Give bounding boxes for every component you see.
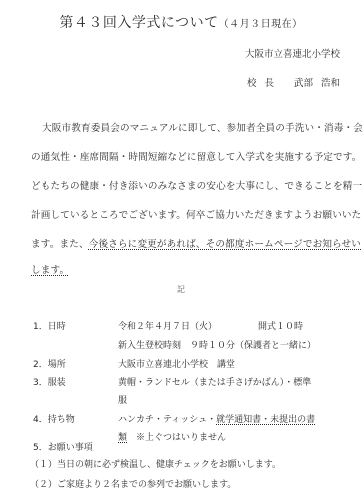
- item-3-number: 3．: [33, 378, 48, 388]
- item-5-heading: 5．お願い事項: [33, 440, 93, 453]
- ki-marker: 記: [0, 284, 362, 295]
- item-3-label: 服装: [48, 378, 66, 388]
- principal-family-name: 武部: [294, 78, 313, 89]
- body-line-5: ます。また、今後さらに変更があれば、その都度ホームページでお知らせいた: [31, 236, 336, 250]
- body-line-2: の通気性・座席間隔・時間短縮などに留意して入学式を実施する予定です。子: [31, 149, 336, 163]
- item-3-attire-line-1: 黄帽・ランドセル（または手さげかばん）・標準: [118, 375, 311, 388]
- item-1-heading: 1．日時: [33, 319, 66, 332]
- item-4-line-2-plain: ※上ぐつはいりません: [127, 433, 226, 443]
- body-line-5-plain: ます。また、: [31, 239, 89, 250]
- item-2-number: 2．: [33, 360, 48, 370]
- title-main: 第４３回入学式について: [59, 15, 218, 31]
- title-date-note: （４月３日現在）: [219, 19, 303, 30]
- item-1-ceremony-start: 開式１０時: [258, 319, 303, 332]
- item-2-label: 場所: [48, 360, 66, 370]
- item-3-attire-line-2: 服: [118, 393, 127, 406]
- item-1-number: 1．: [33, 322, 48, 332]
- item-5-number: 5．: [33, 443, 48, 453]
- request-2: （２）ご家庭より２名までの参列でお願いします。: [30, 477, 236, 490]
- body-line-5-underlined: 今後さらに変更があれば、その都度ホームページでお知らせいた: [89, 239, 362, 250]
- item-2-heading: 2．場所: [33, 357, 66, 370]
- body-line-6: します。: [31, 262, 336, 276]
- body-line-4: 計画しているところでございます。何卒ご協力いただきますようお願いいたし: [31, 207, 336, 221]
- body-line-1: 大阪市教育委員会のマニュアルに即して、参加者全員の手洗い・消毒・会場: [42, 120, 347, 134]
- item-4-line-1-plain: ハンカチ・ティッシュ・: [118, 415, 216, 425]
- item-4-line-1-underlined: 就学通知書・未提出の書: [216, 415, 315, 425]
- body-line-6-underlined: します。: [31, 265, 69, 276]
- request-1: （１）当日の朝に必ず検温し、健康チェックをお願いします。: [30, 457, 281, 470]
- document-title: 第４３回入学式について（４月３日現在）: [0, 12, 362, 32]
- school-name: 大阪市立喜連北小学校: [245, 46, 340, 60]
- item-4-number: 4．: [33, 415, 48, 425]
- item-4-heading: 4．持ち物: [33, 412, 75, 425]
- item-4-belongings-line-2: 類 ※上ぐつはいりません: [118, 430, 226, 443]
- item-2-location: 大阪市立喜連北小学校 講堂: [118, 357, 235, 370]
- item-4-line-2-underlined: 類: [118, 433, 127, 443]
- item-1-label: 日時: [48, 322, 66, 332]
- principal-given-name: 浩和: [321, 78, 340, 89]
- principal-role-1: 校: [247, 78, 257, 89]
- item-4-label: 持ち物: [48, 415, 75, 425]
- item-1-arrival-time: 新入生登校時刻 ９時１０分（保護者と一緒に）: [118, 338, 316, 351]
- document-page: 第４３回入学式について（４月３日現在） 大阪市立喜連北小学校 校長武部浩和 大阪…: [0, 0, 362, 503]
- item-4-belongings-line-1: ハンカチ・ティッシュ・就学通知書・未提出の書: [118, 412, 315, 425]
- item-5-label: お願い事項: [48, 443, 93, 453]
- body-line-3: どもたちの健康・付き添いのみなさまの安心を大事にし、できることを精一杯: [31, 178, 336, 192]
- item-3-heading: 3．服装: [33, 375, 66, 388]
- principal-signature: 校長武部浩和: [247, 75, 340, 89]
- item-1-date: 令和２年４月７日（火）: [118, 319, 217, 332]
- principal-role-2: 長: [264, 78, 274, 89]
